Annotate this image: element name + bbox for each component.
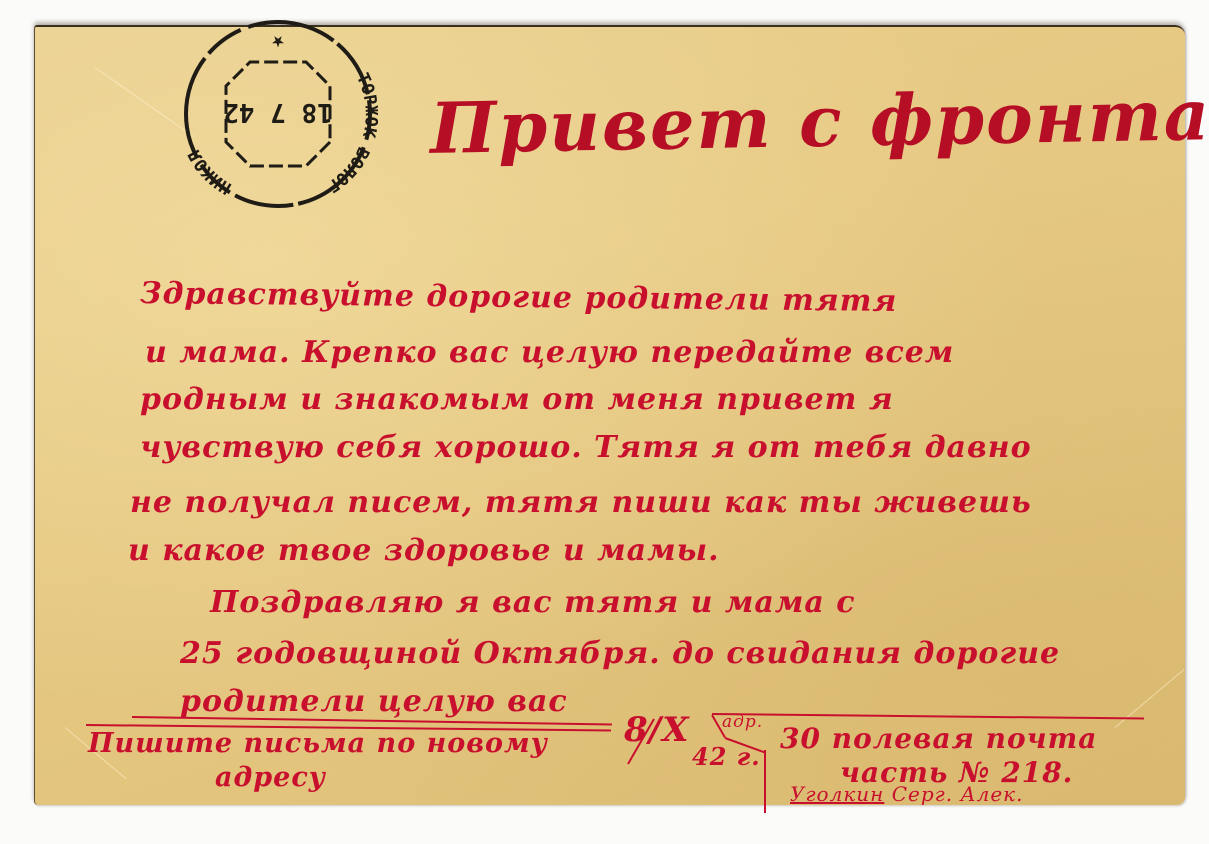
letter-line: и какое твое здоровье и мамы. — [128, 533, 720, 568]
address-box-left-line — [764, 750, 766, 813]
letter-line: родным и знакомым от меня привет я — [140, 382, 894, 417]
letter-line: и мама. Крепко вас целую передайте всем — [145, 335, 954, 370]
star-icon: ★ — [271, 30, 284, 55]
postmark-stamp: ТОРЖОК ВОЛОГ НИКОЛ 18 7 42 ★ — [178, 14, 378, 214]
postcard-title: Привет с фронта — [429, 73, 1209, 170]
letter-line: не получал писем, тятя пиши как ты живеш… — [130, 485, 1032, 520]
letter-year: 42 г. — [692, 742, 761, 771]
letter-line: родители целую вас — [180, 684, 568, 719]
address-label: адр. — [722, 712, 763, 732]
new-address-note: Пишите письма по новому — [88, 728, 548, 759]
letter-line: 25 годовщиной Октября. до свидания дорог… — [180, 636, 1060, 671]
letter-date: 8/X — [624, 710, 689, 750]
new-address-note: адресу — [215, 762, 326, 793]
postmark-icon: ТОРЖОК ВОЛОГ НИКОЛ 18 7 42 ★ — [178, 14, 378, 214]
field-post-address: 30 полевая почта — [780, 722, 1097, 755]
svg-text:НИКОЛ: НИКОЛ — [184, 146, 235, 198]
postmark-date: 18 7 42 — [223, 97, 333, 127]
sender-name: Уголкин Серг. Алек. — [790, 782, 1023, 806]
sender-initials: Серг. Алек. — [892, 782, 1024, 806]
svg-text:ТОРЖОК ВОЛОГ: ТОРЖОК ВОЛОГ — [323, 70, 378, 196]
letter-line: чувствую себя хорошо. Тятя я от тебя дав… — [140, 430, 1032, 465]
sender-surname: Уголкин — [790, 782, 884, 806]
letter-line: Поздравляю я вас тятя и мама с — [210, 585, 856, 620]
